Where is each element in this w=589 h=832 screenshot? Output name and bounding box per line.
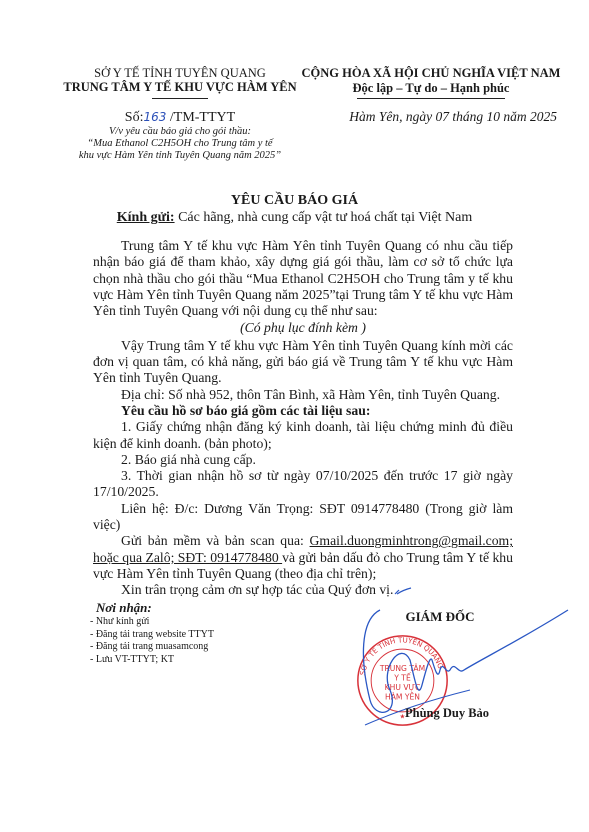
recipient-item: - Như kính gửi (90, 616, 290, 629)
document-title: YÊU CẦU BÁO GIÁ (0, 193, 589, 209)
contact-paragraph: Liên hệ: Đ/c: Dương Văn Trọng: SĐT 09147… (93, 501, 513, 534)
signer-name: Phùng Duy Bảo (405, 706, 489, 721)
greeting-text: Các hãng, nhà cung cấp vật tư hoá chất t… (175, 210, 473, 225)
number-prefix: Số: (125, 110, 144, 125)
requirement-item-2: 2. Báo giá nhà cung cấp. (93, 452, 513, 468)
greeting-label: Kính gửi: (117, 210, 175, 225)
organization-name: TRUNG TÂM Y TẾ KHU VỰC HÀM YÊN (60, 80, 300, 95)
recipients-block: Nơi nhận: - Như kính gửi - Đăng tải tran… (90, 600, 290, 666)
initial-mark-icon (393, 586, 413, 596)
document-number: Số:163 /TM-TTYT (60, 109, 300, 126)
intro-paragraph: Trung tâm Y tế khu vực Hàm Yên tỉnh Tuyê… (93, 238, 513, 319)
document-body: Trung tâm Y tế khu vực Hàm Yên tỉnh Tuyê… (93, 238, 513, 599)
subject-line-1: V/v yêu cầu báo giá cho gói thầu: (60, 126, 300, 138)
requirement-item-1: 1. Giấy chứng nhận đăng ký kinh doanh, t… (93, 419, 513, 452)
recipient-item: - Đăng tải trang muasamcong (90, 641, 290, 654)
handwritten-number: 163 (143, 110, 166, 124)
send-prefix: Gửi bản mềm và bản scan qua: (121, 533, 310, 548)
header-right-underline (357, 98, 505, 99)
recipient-item: - Lưu VT-TTYT; KT (90, 654, 290, 667)
subject-line-2: “Mua Ethanol C2H5OH cho Trung tâm y tế (60, 138, 300, 150)
recipient-item: - Đăng tải trang website TTYT (90, 629, 290, 642)
header-right: CỘNG HÒA XÃ HỘI CHỦ NGHĨA VIỆT NAM Độc l… (300, 66, 562, 125)
requirement-item-3: 3. Thời gian nhận hồ sơ từ ngày 07/10/20… (93, 468, 513, 501)
thanks-paragraph: Xin trân trọng cảm ơn sự hợp tác của Quý… (93, 582, 513, 598)
recipients-heading: Nơi nhận: (96, 600, 290, 616)
department-name: SỞ Y TẾ TỈNH TUYÊN QUANG (60, 66, 300, 80)
nation-title: CỘNG HÒA XÃ HỘI CHỦ NGHĨA VIỆT NAM (300, 66, 562, 81)
date-line: Hàm Yên, ngày 07 tháng 10 năm 2025 (300, 109, 562, 125)
header-left: SỞ Y TẾ TỈNH TUYÊN QUANG TRUNG TÂM Y TẾ … (60, 66, 300, 162)
invitation-paragraph: Vậy Trung tâm Y tế khu vực Hàm Yên tỉnh … (93, 338, 513, 387)
subject-line-3: khu vực Hàm Yên tỉnh Tuyên Quang năm 202… (60, 150, 300, 162)
thanks-text: Xin trân trọng cảm ơn sự hợp tác của Quý… (121, 582, 393, 597)
send-paragraph: Gửi bản mềm và bản scan qua: Gmail.duong… (93, 533, 513, 582)
address-paragraph: Địa chỉ: Số nhà 952, thôn Tân Bình, xã H… (93, 387, 513, 403)
greeting: Kính gửi: Các hãng, nhà cung cấp vật tư … (0, 210, 589, 226)
requirements-heading: Yêu cầu hồ sơ báo giá gồm các tài liệu s… (93, 403, 513, 419)
header-left-underline (152, 98, 208, 99)
appendix-note: (Có phụ lục đính kèm ) (93, 320, 513, 336)
number-suffix: /TM-TTYT (166, 110, 235, 125)
national-motto: Độc lập – Tự do – Hạnh phúc (300, 81, 562, 96)
